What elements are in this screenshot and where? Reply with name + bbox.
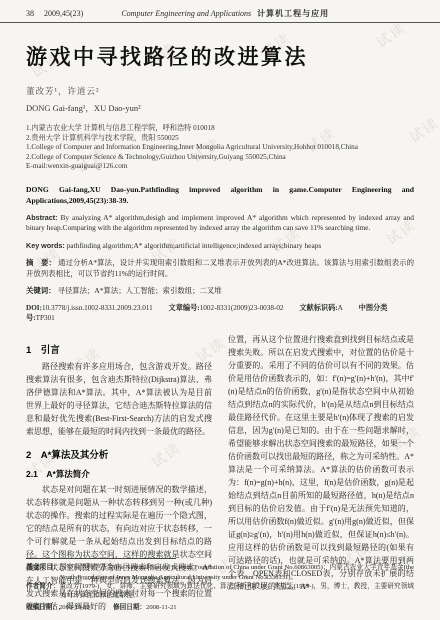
affiliation-line: 2.College of Computer Science & Technolo… xyxy=(26,153,414,163)
running-header: 38 2009,45(23) Computer Engineering and … xyxy=(0,0,440,23)
journal-name-zh: 计算机工程与应用 xyxy=(257,8,329,19)
author-bio-label: 作者简介： xyxy=(26,583,60,590)
section-1-paragraph: 路径搜索有许多应用场合，包含游戏开发。路径搜索算法有很多，包含迪杰斯特拉(Dij… xyxy=(26,360,212,438)
article-number-label: 文章编号: xyxy=(169,304,200,312)
article-meta-line: DOI:10.3778/j.issn.1002-8331.2009.23.011… xyxy=(26,303,414,323)
issue-info: 2009,45(23) xyxy=(44,9,83,18)
section-2-heading: 2 A*算法及其分析 xyxy=(26,447,212,461)
section-2-1-heading: 2.1 A*算法简介 xyxy=(26,468,212,480)
author-bio-text: 董改芳(1979-)，女，讲师，主要研究领域为算法优化、算法分析和设计；许道云(… xyxy=(60,583,415,599)
funding-text: 国家自然科学基金(the National Natural Science Fo… xyxy=(60,564,414,580)
author-bio-note: 作者简介：董改芳(1979-)，女，讲师，主要研究领域为算法优化、算法分析和设计… xyxy=(26,582,414,601)
keywords-zh-label: 关键词： xyxy=(26,286,56,295)
dates-line: 收稿日期：2008-10-10 修回日期：2008-11-21 xyxy=(26,603,414,613)
affiliation-line: 1.内蒙古农业大学 计算机与信息工程学院，呼和浩特 010018 xyxy=(26,124,414,134)
keywords-label: Key words: xyxy=(26,241,65,250)
keywords-zh-text: 寻径算法；A*算法；人工智能；索引数组；二叉堆 xyxy=(57,286,221,295)
doi-value: 10.3778/j.issn.1002-8331.2009.23.011 xyxy=(42,304,153,312)
abstract-chinese: 摘 要： 通过分析A*算法，设计并实现用索引数组和二叉堆表示开放列表的A*改进算… xyxy=(26,258,414,279)
section-1-heading: 1 引言 xyxy=(26,342,212,356)
keywords-english: Key words: pathfinding algorithm;A* algo… xyxy=(26,241,414,252)
funding-label: 基金项目： xyxy=(26,564,60,571)
abstract-zh-label: 摘 要： xyxy=(26,258,56,267)
journal-name-en: Computer Engineering and Applications xyxy=(121,9,251,18)
page-number: 38 xyxy=(26,9,34,18)
received-date-value: 2008-10-10 xyxy=(59,604,90,611)
paper-title: 游戏中寻找路径的改进算法 xyxy=(26,41,414,71)
doi-label: DOI: xyxy=(26,304,42,312)
abstract-zh-text: 通过分析A*算法，设计并实现用索引数组和二叉堆表示开放列表的A*改进算法。该算法… xyxy=(26,258,414,278)
affiliation-line: 1.College of Computer and Information En… xyxy=(26,143,414,153)
citation-line: DONG Gai-fang,XU Dao-yun.Pathfinding imp… xyxy=(26,184,414,206)
email-line: E-mail:wenxin-guaiguai@126.com xyxy=(26,162,414,172)
authors-english: DONG Gai-fang¹，XU Dao-yun² xyxy=(26,102,414,114)
clc-value: TP301 xyxy=(36,314,55,322)
abstract-english: Abstract: By analyzing A* algorithm,desi… xyxy=(26,213,414,234)
keywords-text: pathfinding algorithm;A* algorithm;artif… xyxy=(67,241,322,250)
abstract-text: By analyzing A* algorithm,desigh and imp… xyxy=(26,213,414,233)
revised-date-value: 2008-11-21 xyxy=(146,604,177,611)
article-number-value: 1002-8331(2009)23-0038-02 xyxy=(200,304,284,312)
authors-chinese: 董改芳¹，许道云² xyxy=(26,85,414,97)
right-column-paragraph: 位置，再从这个位置进行搜索直到找到目标结点或是搜索失败。所以在启发式搜索中，对位… xyxy=(228,333,414,593)
affiliations-block: 1.内蒙古农业大学 计算机与信息工程学院，呼和浩特 010018 2.贵州大学 … xyxy=(26,124,414,172)
keywords-chinese: 关键词： 寻径算法；A*算法；人工智能；索引数组；二叉堆 xyxy=(26,286,414,297)
document-code-value: A xyxy=(338,304,343,312)
document-code-label: 文献标识码: xyxy=(299,304,337,312)
funding-note: 基金项目：国家自然科学基金(the National Natural Scien… xyxy=(26,563,414,582)
footnote-divider xyxy=(26,558,176,559)
received-date-label: 收稿日期： xyxy=(26,604,59,611)
paper-page: 38 2009,45(23) Computer Engineering and … xyxy=(0,0,440,620)
revised-date-label: 修回日期： xyxy=(113,604,146,611)
affiliation-line: 2.贵州大学 计算机科学与技术学院，贵阳 550025 xyxy=(26,134,414,144)
abstract-label: Abstract: xyxy=(26,213,58,222)
footnote-block: 基金项目：国家自然科学基金(the National Natural Scien… xyxy=(26,558,414,612)
